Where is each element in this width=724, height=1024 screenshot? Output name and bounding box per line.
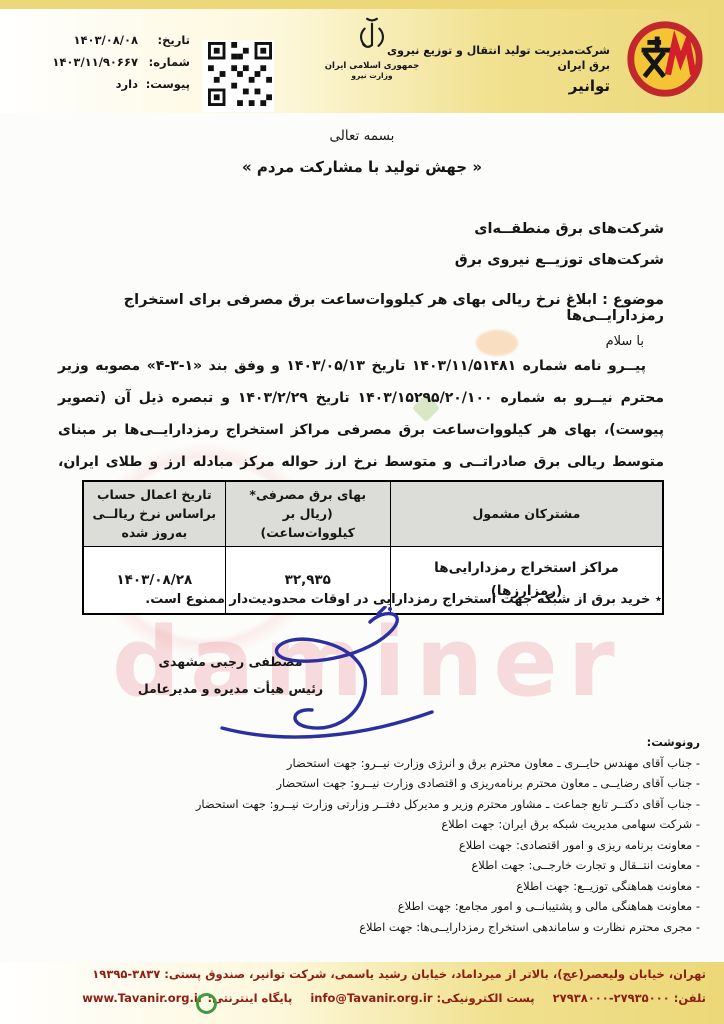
footnote: ٭ خرید برق از شبکه جهت استخراج رمزدارایی… bbox=[145, 592, 662, 607]
col-header-date: تاریخ اعمال حساب براساس نرخ ریالــی به‌ر… bbox=[83, 481, 225, 547]
footer-address: تهران، خیابان ولیعصر(عج)، بالاتر از میرد… bbox=[92, 967, 706, 981]
footer-website: پایگاه اینترنتی: www.Tavanir.org.ir bbox=[82, 991, 292, 1005]
basmala: بسمه تعالی bbox=[0, 128, 724, 144]
cc-item: - معاونت هماهنگی مالی و پشتیبانــی و امو… bbox=[196, 896, 700, 917]
handwritten-signature bbox=[182, 606, 482, 750]
attachment-label: پیوست: bbox=[138, 77, 190, 91]
salutation: با سلام bbox=[606, 334, 644, 349]
cc-item: - جناب آقای رضایــی ـ معاون محترم برنامه… bbox=[196, 773, 700, 794]
slogan: « جهش تولید با مشارکت مردم » bbox=[0, 158, 724, 176]
company-short-name: توانیر bbox=[370, 77, 610, 95]
document-page: تاریخ: ۱۴۰۳/۰۸/۰۸ شماره: ۱۴۰۳/۱۱/۹۰۶۶۷ پ… bbox=[0, 0, 724, 1024]
company-block: شرکت‌مدیریت تولید انتقال و توزیع نیروی ب… bbox=[370, 44, 610, 95]
recipient-line: شرکت‌های توزیــع نیروی برق bbox=[455, 245, 664, 276]
number-value: ۱۴۰۳/۱۱/۹۰۶۶۷ bbox=[22, 55, 138, 69]
attachment-value: دارد bbox=[22, 77, 138, 91]
cc-item: - معاونت برنامه ریزی و امور اقتصادی: جهت… bbox=[196, 835, 700, 856]
date-value: ۱۴۰۳/۰۸/۰۸ bbox=[22, 33, 138, 47]
footer-email: پست الکترونیکی: info@Tavanir.org.ir bbox=[310, 991, 534, 1005]
recipients: شرکت‌های برق منطقــه‌ای شرکت‌های توزیــع… bbox=[455, 214, 664, 276]
cc-item: - مجری محترم نظارت و ساماندهی استخراج رم… bbox=[196, 917, 700, 938]
col-header-price: بهای برق مصرفی* (ریال بر کیلووات‌ساعت) bbox=[225, 481, 390, 547]
qr-code bbox=[202, 40, 274, 112]
cc-item: - جناب آقای مهندس حایــری ـ معاون محترم … bbox=[196, 753, 700, 774]
date-label: تاریخ: bbox=[138, 33, 190, 47]
recipient-line: شرکت‌های برق منطقــه‌ای bbox=[455, 214, 664, 245]
cc-item: - معاونت هماهنگی توزیــع: جهت اطلاع bbox=[196, 876, 700, 897]
subject-line: موضوع : ابلاغ نرخ ریالی بهای هر کیلووات‌… bbox=[58, 292, 664, 324]
col-header-subscribers: مشترکان مشمول bbox=[390, 481, 663, 547]
cc-list: - جناب آقای مهندس حایــری ـ معاون محترم … bbox=[196, 753, 700, 938]
tavanir-logo-icon bbox=[624, 18, 706, 104]
company-name: شرکت‌مدیریت تولید انتقال و توزیع نیروی ب… bbox=[370, 44, 610, 74]
footer-phone: تلفن: ۲۷۹۳۵۰۰۰-۲۷۹۳۸۰۰۰ bbox=[553, 991, 706, 1005]
cc-section: رونوشت: - جناب آقای مهندس حایــری ـ معاو… bbox=[196, 732, 700, 937]
footer-contacts: تلفن: ۲۷۹۳۵۰۰۰-۲۷۹۳۸۰۰۰ پست الکترونیکی: … bbox=[68, 991, 706, 1005]
cc-item: - شرکت سهامی مدیریت شبکه برق ایران: جهت … bbox=[196, 814, 700, 835]
cc-item: - معاونت انتــقال و تجارت خارجــی: جهت ا… bbox=[196, 855, 700, 876]
phone-icon bbox=[196, 993, 217, 1014]
cc-item: - جناب آقای دکتــر تابع جماعت ـ مشاور مح… bbox=[196, 794, 700, 815]
number-label: شماره: bbox=[138, 55, 190, 69]
letter-meta: تاریخ: ۱۴۰۳/۰۸/۰۸ شماره: ۱۴۰۳/۱۱/۹۰۶۶۷ پ… bbox=[22, 33, 190, 99]
table-header-row: مشترکان مشمول بهای برق مصرفی* (ریال بر ک… bbox=[83, 481, 663, 547]
